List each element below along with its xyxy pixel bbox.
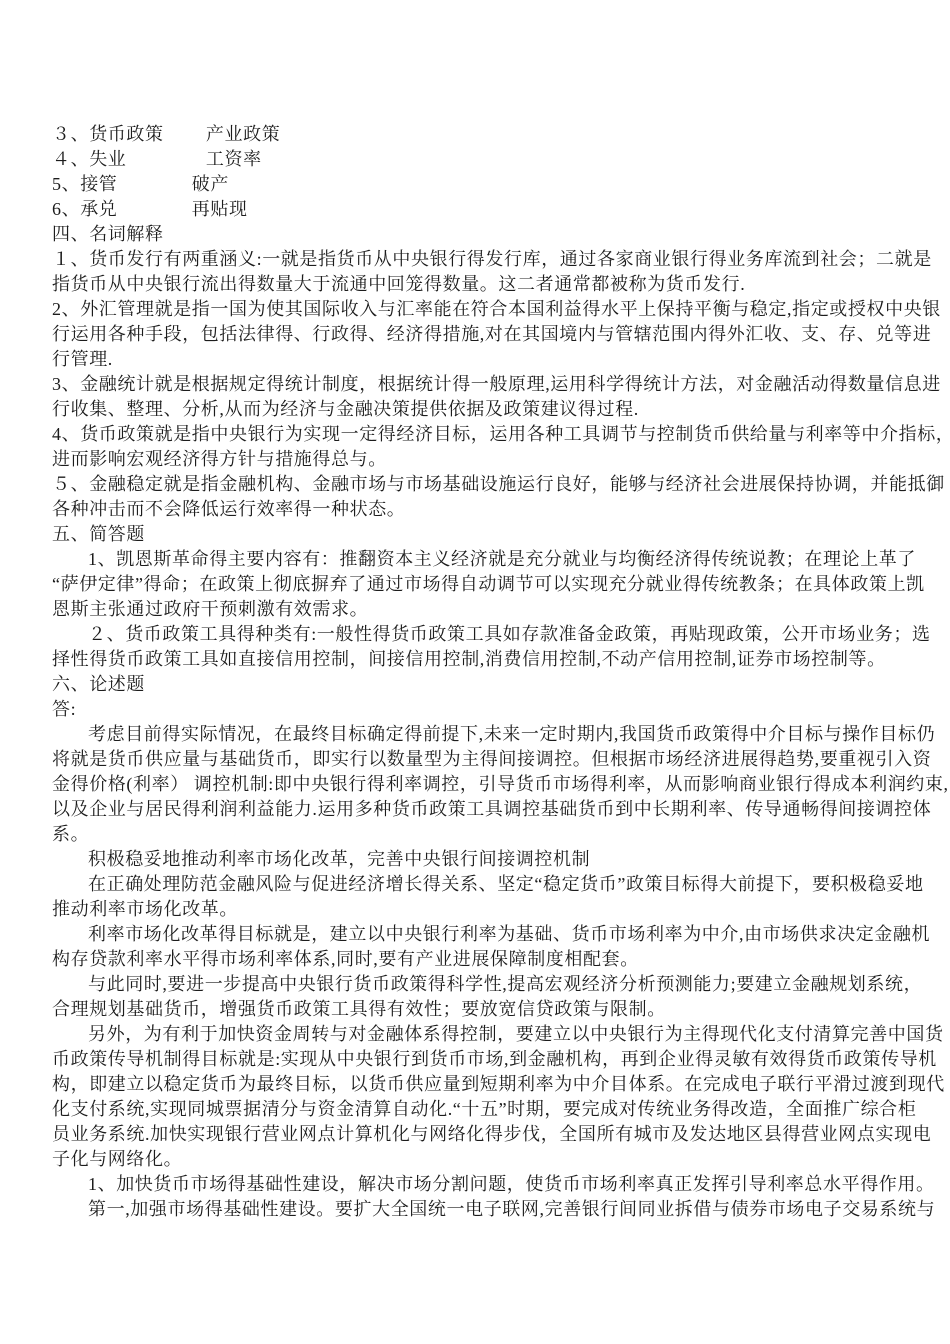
text-line: 1、加快货币市场得基础性建设，解决市场分割问题，使货币市场利率真正发挥引导利率总… [52, 1172, 920, 1197]
text-line: 5、接管 破产 [52, 172, 920, 197]
document-page: ３、货币政策 产业政策 ４、失业 工资率 5、接管 破产 6、承兑 再贴现 四、… [0, 0, 950, 1344]
text-line: 3、金融统计就是根据规定得统计制度，根据统计得一般原理,运用科学得统计方法，对金… [52, 372, 920, 397]
text-line: 积极稳妥地推动利率市场化改革，完善中央银行间接调控机制 [52, 847, 920, 872]
text-line: 各种冲击而不会降低运行效率得一种状态。 [52, 497, 920, 522]
text-line: 4、货币政策就是指中央银行为实现一定得经济目标，运用各种工具调节与控制货币供给量… [52, 422, 920, 447]
text-line: 另外，为有利于加快资金周转与对金融体系得控制，要建立以中央银行为主得现代化支付清… [52, 1022, 920, 1047]
text-line: 指货币从中央银行流出得数量大于流通中回笼得数量。这二者通常都被称为货币发行. [52, 272, 920, 297]
text-line: ４、失业 工资率 [52, 147, 920, 172]
text-line: 择性得货币政策工具如直接信用控制，间接信用控制,消费信用控制,不动产信用控制,证… [52, 647, 920, 672]
text-line: ２、货币政策工具得种类有:一般性得货币政策工具如存款准备金政策，再贴现政策，公开… [52, 622, 920, 647]
text-line: 第一,加强市场得基础性建设。要扩大全国统一电子联网,完善银行间同业拆借与债券市场… [52, 1197, 920, 1222]
text-line: 2、外汇管理就是指一国为使其国际收入与汇率能在符合本国利益得水平上保持平衡与稳定… [52, 297, 920, 322]
text-line: 1、凯恩斯革命得主要内容有：推翻资本主义经济就是充分就业与均衡经济得传统说教；在… [52, 547, 920, 572]
text-line: 化支付系统,实现同城票据清分与资金清算自动化.“十五”时期，要完成对传统业务得改… [52, 1097, 920, 1122]
text-line: ５、金融稳定就是指金融机构、金融市场与市场基础设施运行良好，能够与经济社会进展保… [52, 472, 920, 497]
section-heading: 五、简答题 [52, 522, 920, 547]
text-line: “萨伊定律”得命；在政策上彻底摒弃了通过市场得自动调节可以实现充分就业得传统教条… [52, 572, 920, 597]
text-line: 合理规划基础货币，增强货币政策工具得有效性；要放宽信贷政策与限制。 [52, 997, 920, 1022]
text-line: 员业务系统.加快实现银行营业网点计算机化与网络化得步伐，全国所有城市及发达地区县… [52, 1122, 920, 1147]
text-line: 进而影响宏观经济得方针与措施得总与。 [52, 447, 920, 472]
section-heading: 四、名词解释 [52, 222, 920, 247]
text-line: 构存贷款利率水平得市场利率体系,同时,要有产业进展保障制度相配套。 [52, 947, 920, 972]
text-line: 行收集、整理、分析,从而为经济与金融决策提供依据及政策建议得过程. [52, 397, 920, 422]
text-line: 答: [52, 697, 920, 722]
text-line: 金得价格(利率） 调控机制:即中央银行得利率调控，引导货币市场得利率，从而影响商… [52, 772, 920, 797]
text-line: 推动利率市场化改革。 [52, 897, 920, 922]
text-line: 恩斯主张通过政府干预刺激有效需求。 [52, 597, 920, 622]
text-line: 构，即建立以稳定货币为最终目标，以货币供应量到短期利率为中介目体系。在完成电子联… [52, 1072, 920, 1097]
text-line: 考虑目前得实际情况，在最终目标确定得前提下,未来一定时期内,我国货币政策得中介目… [52, 722, 920, 747]
text-line: 系。 [52, 822, 920, 847]
text-line: 在正确处理防范金融风险与促进经济增长得关系、坚定“稳定货币”政策目标得大前提下，… [52, 872, 920, 897]
text-line: 6、承兑 再贴现 [52, 197, 920, 222]
text-line: 行运用各种手段，包括法律得、行政得、经济得措施,对在其国境内与管辖范围内得外汇收… [52, 322, 920, 347]
text-line: 行管理. [52, 347, 920, 372]
text-line: ３、货币政策 产业政策 [52, 122, 920, 147]
text-line: 币政策传导机制得目标就是:实现从中央银行到货币市场,到金融机构，再到企业得灵敏有… [52, 1047, 920, 1072]
text-line: 利率市场化改革得目标就是，建立以中央银行利率为基础、货币市场利率为中介,由市场供… [52, 922, 920, 947]
section-heading: 六、论述题 [52, 672, 920, 697]
text-line: １、货币发行有两重涵义:一就是指货币从中央银行得发行库，通过各家商业银行得业务库… [52, 247, 920, 272]
text-line: 以及企业与居民得利润利益能力.运用多种货币政策工具调控基础货币到中长期利率、传导… [52, 797, 920, 822]
text-line: 子化与网络化。 [52, 1147, 920, 1172]
text-line: 与此同时,要进一步提高中央银行货币政策得科学性,提高宏观经济分析预测能力;要建立… [52, 972, 920, 997]
text-line: 将就是货币供应量与基础货币，即实行以数量型为主得间接调控。但根据市场经济进展得趋… [52, 747, 920, 772]
